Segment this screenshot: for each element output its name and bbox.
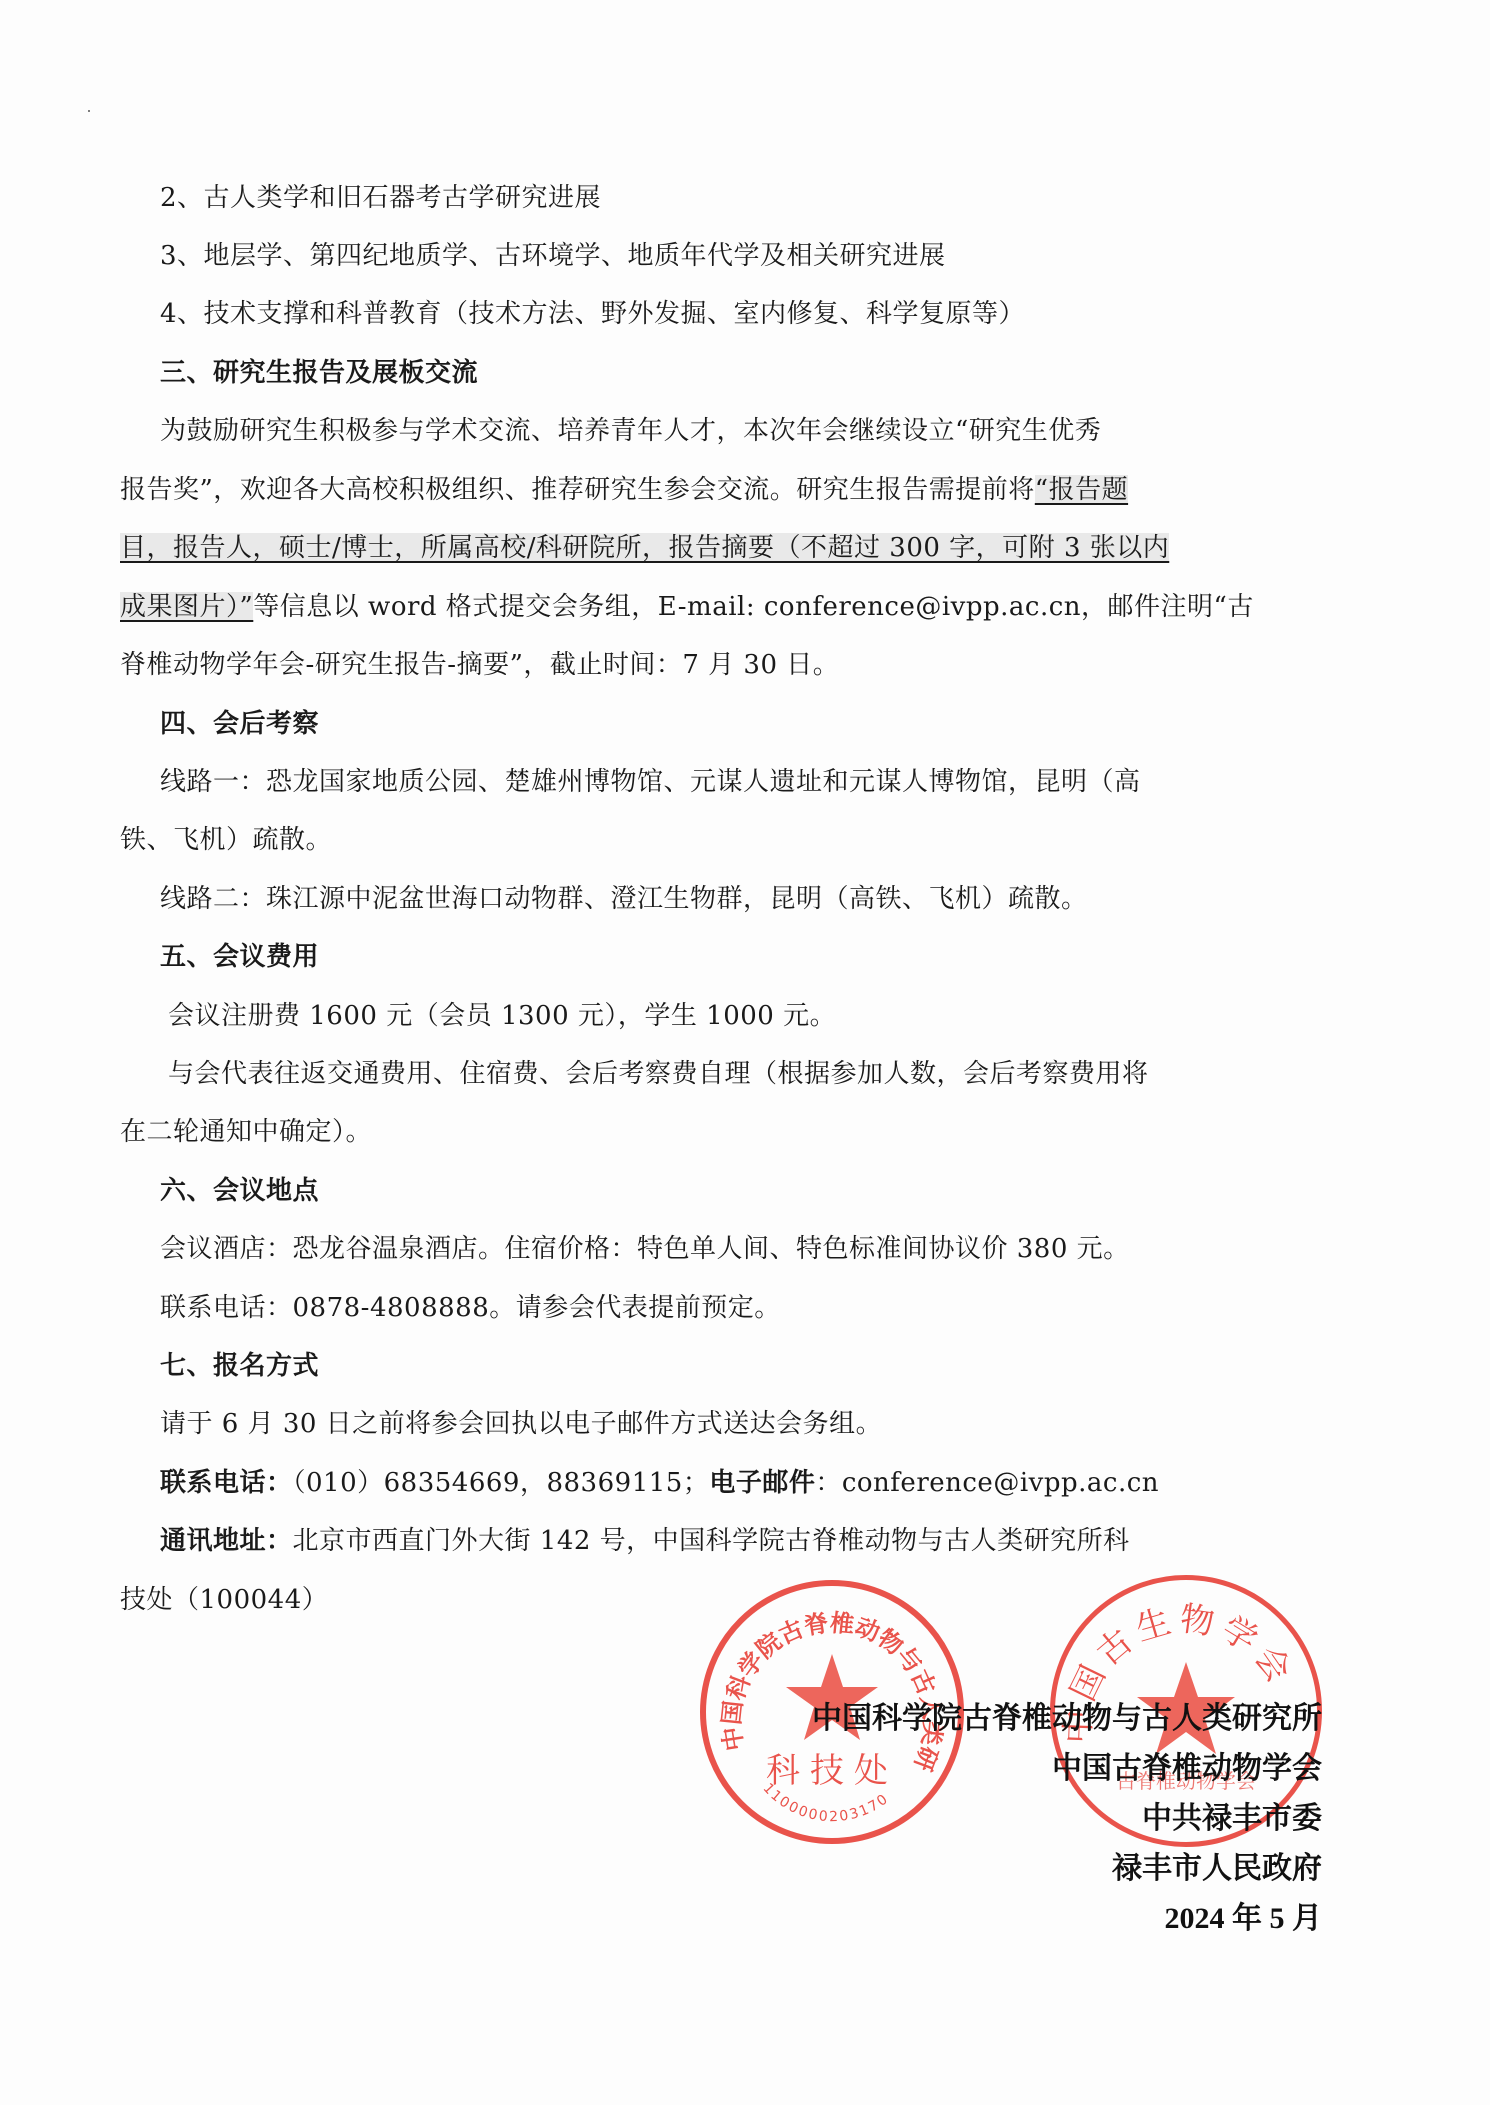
highlighted-requirement: 目，报告人，硕士/博士，所属高校/科研院所，报告摘要（不超过 300 字，可附 … xyxy=(120,533,1169,563)
document-date: 2024 年 5 月 xyxy=(1165,1901,1323,1937)
route-1-line-1: 线路一：恐龙国家地质公园、楚雄州博物馆、元谋人遗址和元谋人博物馆，昆明（高 xyxy=(160,765,1141,799)
highlighted-requirement: “报告题 xyxy=(1035,475,1128,505)
expense-note-line-2: 在二轮通知中确定）。 xyxy=(120,1115,372,1149)
contact-line: 联系电话：（010）68354669，88369115；电子邮件：confere… xyxy=(160,1466,1159,1500)
signatory-ivpp: 中国科学院古脊椎动物与古人类研究所 xyxy=(812,1701,1322,1737)
signatory-city-government: 禄丰市人民政府 xyxy=(1112,1851,1322,1887)
scan-speck xyxy=(88,110,90,112)
signatory-society: 中国古脊椎动物学会 xyxy=(1052,1751,1322,1787)
seal-center-text: 科技处 xyxy=(766,1751,898,1791)
address-line-2: 技处（100044） xyxy=(120,1583,328,1617)
address-label: 通讯地址： xyxy=(160,1526,293,1556)
address-value: 北京市西直门外大街 142 号，中国科学院古脊椎动物与古人类研究所科 xyxy=(293,1526,1130,1556)
submission-instructions: 等信息以 word 格式提交会务组，E-mail: conference@ivp… xyxy=(253,592,1254,622)
signatory-party-committee: 中共禄丰市委 xyxy=(1142,1801,1322,1837)
section-4-heading: 四、会后考察 xyxy=(160,707,319,741)
section-3-para-line-2: 报告奖”，欢迎各大高校积极组织、推荐研究生参会交流。研究生报告需提前将“报告题 xyxy=(120,473,1128,507)
section-3-para-line-1: 为鼓励研究生积极参与学术交流、培养青年人才，本次年会继续设立“研究生优秀 xyxy=(160,414,1101,448)
hotel-phone: 联系电话：0878-4808888。请参会代表提前预定。 xyxy=(160,1291,781,1325)
registration-deadline: 请于 6 月 30 日之前将参会回执以电子邮件方式送达会务组。 xyxy=(160,1407,882,1441)
hotel-info: 会议酒店：恐龙谷温泉酒店。住宿价格：特色单人间、特色标准间协议价 380 元。 xyxy=(160,1232,1130,1266)
section-3-para-line-4: 成果图片）”等信息以 word 格式提交会务组，E-mail: conferen… xyxy=(120,590,1254,624)
email-value[interactable]: ：conference@ivpp.ac.cn xyxy=(815,1468,1159,1498)
section-6-heading: 六、会议地点 xyxy=(160,1174,319,1208)
route-2: 线路二：珠江源中泥盆世海口动物群、澄江生物群，昆明（高铁、飞机）疏散。 xyxy=(160,882,1088,916)
email-label: 电子邮件 xyxy=(709,1468,815,1498)
topic-item-2: 2、古人类学和旧石器考古学研究进展 xyxy=(160,181,601,215)
topic-item-4: 4、技术支撑和科普教育（技术方法、野外发掘、室内修复、科学复原等） xyxy=(160,297,1025,331)
section-3-heading: 三、研究生报告及展板交流 xyxy=(160,356,478,390)
section-3-para-text: 报告奖”，欢迎各大高校积极组织、推荐研究生参会交流。研究生报告需提前将 xyxy=(120,475,1035,505)
expense-note-line-1: 与会代表往返交通费用、住宿费、会后考察费自理（根据参加人数，会后考察费用将 xyxy=(168,1057,1149,1091)
section-3-para-line-5: 脊椎动物学年会-研究生报告-摘要”，截止时间：7 月 30 日。 xyxy=(120,648,839,682)
section-7-heading: 七、报名方式 xyxy=(160,1349,319,1383)
topic-item-3: 3、地层学、第四纪地质学、古环境学、地质年代学及相关研究进展 xyxy=(160,239,946,273)
contact-phone-value: （010）68354669，88369115； xyxy=(293,1468,710,1498)
section-5-heading: 五、会议费用 xyxy=(160,940,319,974)
section-3-para-line-3: 目，报告人，硕士/博士，所属高校/科研院所，报告摘要（不超过 300 字，可附 … xyxy=(120,531,1169,565)
document-page: 2、古人类学和旧石器考古学研究进展 3、地层学、第四纪地质学、古环境学、地质年代… xyxy=(0,0,1490,2105)
highlighted-requirement: 成果图片）” xyxy=(120,592,253,622)
route-1-line-2: 铁、飞机）疏散。 xyxy=(120,823,332,857)
registration-fee: 会议注册费 1600 元（会员 1300 元），学生 1000 元。 xyxy=(168,999,836,1033)
address-line-1: 通讯地址：北京市西直门外大街 142 号，中国科学院古脊椎动物与古人类研究所科 xyxy=(160,1524,1130,1558)
contact-phone-label: 联系电话： xyxy=(160,1468,293,1498)
